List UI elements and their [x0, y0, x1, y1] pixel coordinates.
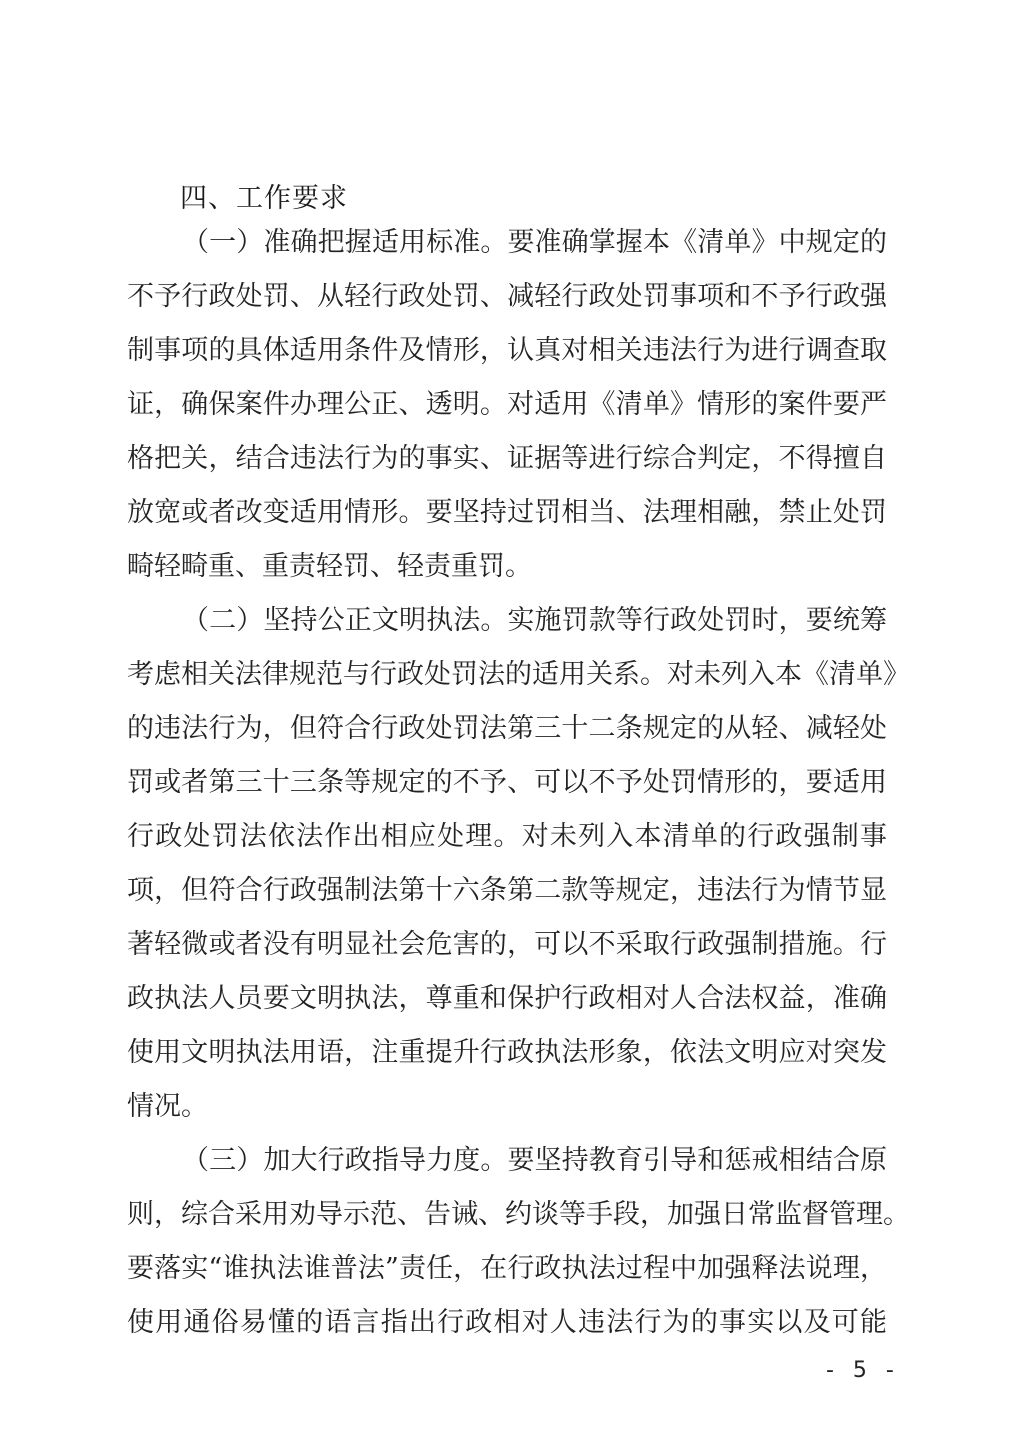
paragraph-2-line-4: 罚或者第三十三条等规定的不予、可以不予处罚情形的，要适用	[127, 765, 887, 801]
paragraph-1-line-2: 不予行政处罚、从轻行政处罚、减轻行政处罚事项和不予行政强	[127, 279, 887, 315]
paragraph-1-line-5: 格把关，结合违法行为的事实、证据等进行综合判定，不得擅自	[127, 441, 887, 477]
paragraph-1-line-6: 放宽或者改变适用情形。要坚持过罚相当、法理相融，禁止处罚	[127, 495, 887, 531]
page-number: - 5 -	[826, 1358, 900, 1383]
paragraph-2-line-6: 项，但符合行政强制法第十六条第二款等规定，违法行为情节显	[127, 873, 887, 909]
paragraph-3-line-3: 要落实“谁执法谁普法”责任，在行政执法过程中加强释法说理，	[127, 1251, 887, 1287]
paragraph-3-line-1: （三）加大行政指导力度。要坚持教育引导和惩戒相结合原	[182, 1143, 887, 1179]
paragraph-2-line-2: 考虑相关法律规范与行政处罚法的适用关系。对未列入本《清单》	[127, 657, 887, 693]
paragraph-1-line-1: （一）准确把握适用标准。要准确掌握本《清单》中规定的	[182, 225, 887, 261]
paragraph-2-line-5: 行政处罚法依法作出相应处理。对未列入本清单的行政强制事	[127, 819, 887, 855]
paragraph-2-line-1: （二）坚持公正文明执法。实施罚款等行政处罚时，要统筹	[182, 603, 887, 639]
paragraph-2-line-10: 情况。	[127, 1089, 887, 1125]
paragraph-1-line-3: 制事项的具体适用条件及情形，认真对相关违法行为进行调查取	[127, 333, 887, 369]
paragraph-1-line-4: 证，确保案件办理公正、透明。对适用《清单》情形的案件要严	[127, 387, 887, 423]
paragraph-2-line-3: 的违法行为，但符合行政处罚法第三十二条规定的从轻、减轻处	[127, 711, 887, 747]
paragraph-3-line-2: 则，综合采用劝导示范、告诫、约谈等手段，加强日常监督管理。	[127, 1197, 887, 1233]
document-page: 四、工作要求 （一）准确把握适用标准。要准确掌握本《清单》中规定的 不予行政处罚…	[0, 0, 1024, 1447]
paragraph-3-line-4: 使用通俗易懂的语言指出行政相对人违法行为的事实以及可能	[127, 1305, 887, 1341]
paragraph-2-line-8: 政执法人员要文明执法，尊重和保护行政相对人合法权益，准确	[127, 981, 887, 1017]
paragraph-2-line-7: 著轻微或者没有明显社会危害的，可以不采取行政强制措施。行	[127, 927, 887, 963]
section-heading: 四、工作要求	[180, 176, 348, 215]
paragraph-1-line-7: 畸轻畸重、重责轻罚、轻责重罚。	[127, 549, 887, 585]
paragraph-2-line-9: 使用文明执法用语，注重提升行政执法形象，依法文明应对突发	[127, 1035, 887, 1071]
